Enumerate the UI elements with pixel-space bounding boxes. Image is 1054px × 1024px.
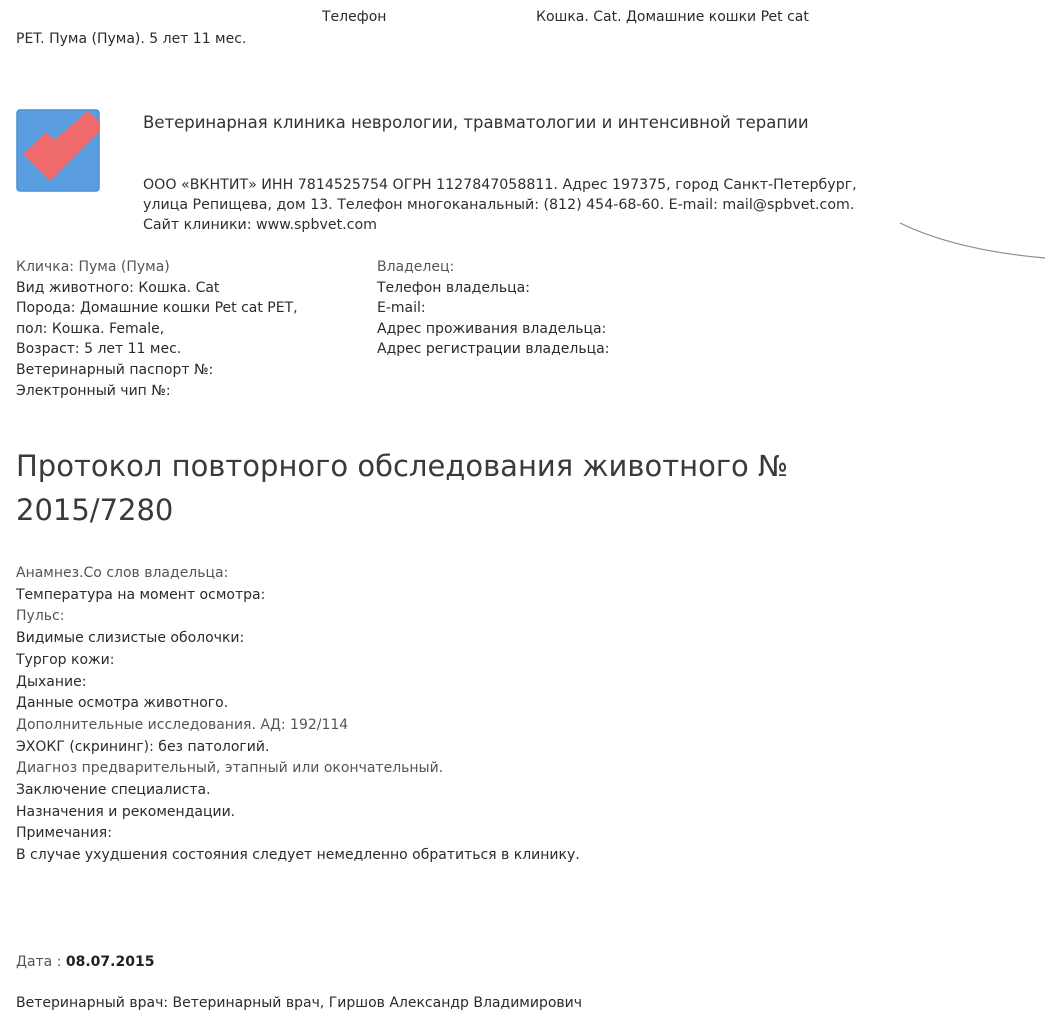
clinic-info-line: Сайт клиники: www.spbvet.com	[143, 215, 857, 235]
protocol-title: Протокол повторного обследования животно…	[16, 444, 788, 532]
section-mucous: Видимые слизистые оболочки:	[16, 628, 580, 650]
clinic-logo-icon	[16, 109, 100, 192]
pet-passport: Ветеринарный паспорт №:	[16, 360, 298, 381]
clinic-name: Ветеринарная клиника неврологии, травмат…	[143, 113, 809, 132]
section-diagnosis: Диагноз предварительный, этапный или око…	[16, 758, 580, 780]
owner-registration-address: Адрес регистрации владельца:	[377, 339, 609, 360]
section-additional: Дополнительные исследования. АД: 192/114	[16, 715, 580, 737]
pet-age: Возраст: 5 лет 11 мес.	[16, 339, 298, 360]
pet-details: Кличка: Пума (Пума) Вид животного: Кошка…	[16, 257, 298, 401]
owner-details: Владелец: Телефон владельца: E-mail: Адр…	[377, 257, 609, 360]
section-notes: Примечания:	[16, 823, 580, 845]
clinic-info-line: улица Репищева, дом 13. Телефон многокан…	[143, 195, 857, 215]
header-species-line: Кошка. Cat. Домашние кошки Pet cat	[536, 9, 809, 25]
section-breathing: Дыхание:	[16, 672, 580, 694]
section-echo: ЭХОКГ (скрининг): без патологий.	[16, 737, 580, 759]
doctor-line: Ветеринарный врач: Ветеринарный врач, Ги…	[16, 995, 582, 1011]
section-anamnesis: Анамнез.Со слов владельца:	[16, 563, 580, 585]
section-temperature: Температура на момент осмотра:	[16, 585, 580, 607]
protocol-sections: Анамнез.Со слов владельца: Температура н…	[16, 563, 580, 867]
date-label: Дата :	[16, 954, 66, 970]
pet-sex: пол: Кошка. Female,	[16, 319, 298, 340]
header-pet-line: PET. Пума (Пума). 5 лет 11 мес.	[16, 31, 246, 47]
owner-email: E-mail:	[377, 298, 609, 319]
pet-name: Кличка: Пума (Пума)	[16, 257, 298, 278]
pet-species: Вид животного: Кошка. Cat	[16, 278, 298, 299]
clinic-info: ООО «ВКНТИТ» ИНН 7814525754 ОГРН 1127847…	[143, 175, 857, 235]
date-value: 08.07.2015	[66, 954, 155, 970]
owner-name: Владелец:	[377, 257, 609, 278]
section-exam: Данные осмотра животного.	[16, 693, 580, 715]
clinic-info-line: ООО «ВКНТИТ» ИНН 7814525754 ОГРН 1127847…	[143, 175, 857, 195]
section-pulse: Пульс:	[16, 606, 580, 628]
section-warning: В случае ухудшения состояния следует нем…	[16, 845, 580, 867]
section-prescriptions: Назначения и рекомендации.	[16, 802, 580, 824]
pet-breed: Порода: Домашние кошки Pet cat PET,	[16, 298, 298, 319]
section-conclusion: Заключение специалиста.	[16, 780, 580, 802]
protocol-number: 2015/7280	[16, 488, 788, 532]
pet-chip: Электронный чип №:	[16, 381, 298, 402]
pen-stroke-mark	[895, 215, 1054, 265]
owner-phone: Телефон владельца:	[377, 278, 609, 299]
section-turgor: Тургор кожи:	[16, 650, 580, 672]
owner-residence-address: Адрес проживания владельца:	[377, 319, 609, 340]
protocol-title-line: Протокол повторного обследования животно…	[16, 444, 788, 488]
header-phone-label: Телефон	[322, 9, 386, 25]
date-line: Дата : 08.07.2015	[16, 954, 154, 970]
